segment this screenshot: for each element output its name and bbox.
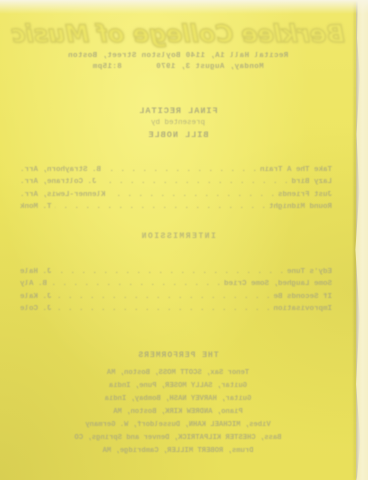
performer-line: Vibes, MICHAEL KAHN, Dusseldorf, W. Germ… xyxy=(0,421,356,434)
dotted-leader xyxy=(55,293,271,301)
performer-line: Guitar, SALLY MOSER, Pune, India xyxy=(0,382,356,395)
program-row: ImprovisationJ. Cole xyxy=(20,305,332,317)
program-row: Take The A TrainB. Strayhorn, Arr. xyxy=(20,166,332,178)
dotted-leader xyxy=(55,268,284,276)
event-date: Monday, August 3, 1970 xyxy=(156,63,264,71)
dotted-leader xyxy=(50,280,221,288)
torn-paper-edge xyxy=(354,0,368,480)
dotted-leader xyxy=(104,166,257,174)
dotted-leader xyxy=(55,203,266,211)
composer-credit: J. Coltrane, Arr. xyxy=(20,178,97,186)
song-title: Some Laughed, Some Cried xyxy=(224,280,332,288)
event-time: 8:15pm xyxy=(92,63,121,71)
composer-credit: B. Aly xyxy=(20,280,47,288)
song-title: Edy's Tune xyxy=(287,268,332,276)
presented-by-label: presented by xyxy=(0,119,356,127)
program-section-1: Take The A TrainB. Strayhorn, Arr. Lazy … xyxy=(20,166,332,216)
performer-line: Bass, CHESTER KILPATRICK, Denver and Spr… xyxy=(0,434,356,447)
program-section-2: Edy's TuneJ. Hale Some Laughed, Some Cri… xyxy=(20,268,332,318)
composer-credit: T. Monk xyxy=(20,203,52,211)
performers-heading: THE PERFORMERS xyxy=(0,351,356,360)
recital-title: FINAL RECITAL xyxy=(0,106,356,116)
program-row: Some Laughed, Some CriedB. Aly xyxy=(20,280,332,292)
song-title: Take The A Train xyxy=(260,166,332,174)
composer-credit: Klenner-Lewis, Arr. xyxy=(20,191,106,199)
dotted-leader xyxy=(100,178,289,186)
composer-credit: J. Hale xyxy=(20,268,52,276)
composer-credit: J. Cole xyxy=(20,305,52,313)
performer-line: Piano, ANDREW KIRK, Boston, MA xyxy=(0,408,356,421)
composer-credit: J. Kale xyxy=(20,293,52,301)
program-row: Lazy BirdJ. Coltrane, Arr. xyxy=(20,178,332,190)
dotted-leader xyxy=(109,191,275,199)
song-title: Just Friends xyxy=(278,191,332,199)
performer-line: Tenor Sax, SCOTT MOSS, Boston, MA xyxy=(0,369,356,382)
paper-crease-shadow xyxy=(354,0,356,480)
composer-credit: B. Strayhorn, Arr. xyxy=(20,166,101,174)
performer-line: Drums, ROBERT MILLER, Cambridge, MA xyxy=(0,447,356,460)
intermission-label: INTERMISSION xyxy=(0,232,356,241)
song-title: If Seconds Be xyxy=(273,293,332,301)
song-title: Round Midnight xyxy=(269,203,332,211)
program-row: Round MidnightT. Monk xyxy=(20,203,332,215)
berklee-logo: Berklee College of Music xyxy=(0,20,356,48)
mirrored-bleedthrough-content: Berklee College of Music Recital Hall 1A… xyxy=(0,0,356,480)
program-row: If Seconds BeJ. Kale xyxy=(20,293,332,305)
presenter-name: BILL NOBLE xyxy=(0,130,356,140)
program-row: Edy's TuneJ. Hale xyxy=(20,268,332,280)
performers-list: Tenor Sax, SCOTT MOSS, Boston, MA Guitar… xyxy=(0,369,356,460)
program-row: Just FriendsKlenner-Lewis, Arr. xyxy=(20,191,332,203)
program-sheet: Berklee College of Music Recital Hall 1A… xyxy=(0,0,356,480)
performer-line: Guitar, HARVEY NASH, Bombay, India xyxy=(0,395,356,408)
song-title: Improvisation xyxy=(273,305,332,313)
venue-address: Recital Hall 1A, 1140 Boylston Street, B… xyxy=(0,52,356,60)
dotted-leader xyxy=(55,305,271,313)
date-time-line: Monday, August 3, 19708:15pm xyxy=(0,63,356,71)
song-title: Lazy Bird xyxy=(291,178,332,186)
